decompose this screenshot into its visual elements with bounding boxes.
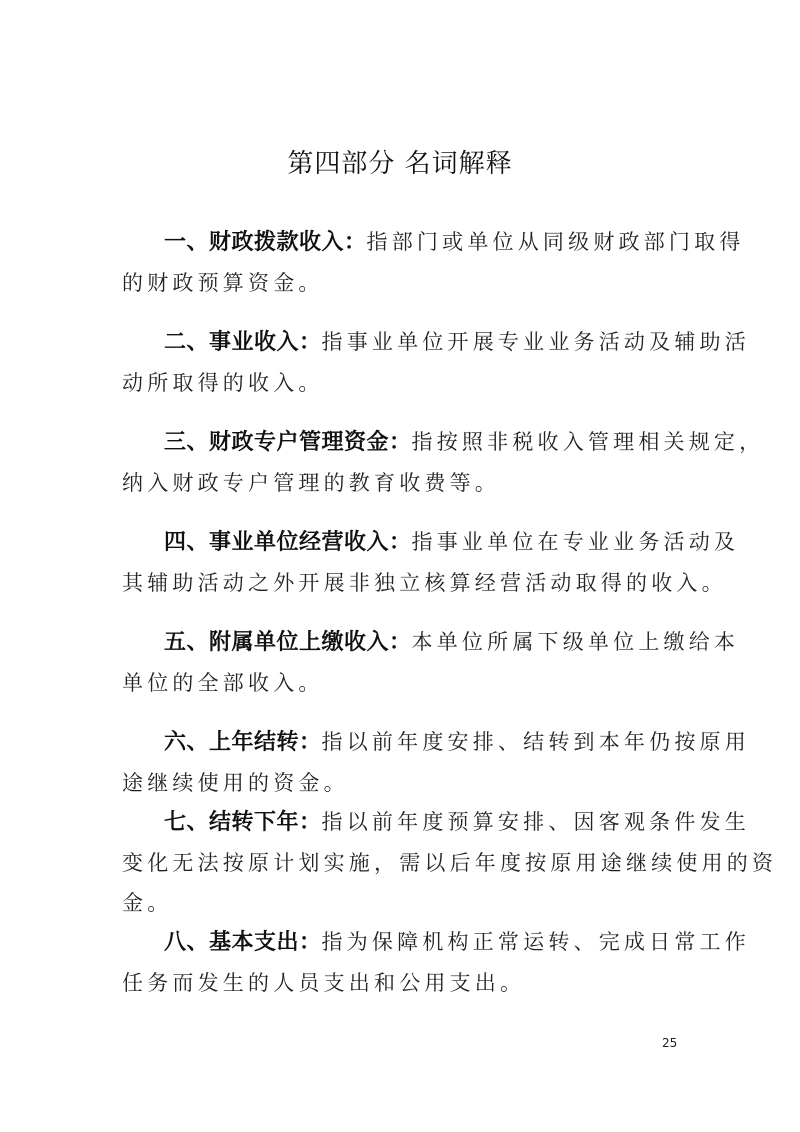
definition-text: 任务而发生的人员支出和公用支出。 xyxy=(122,963,682,1003)
term: 六、上年结转： xyxy=(164,730,322,755)
definition-text: 指事业单位开展专业业务活动及辅助活 xyxy=(322,330,750,354)
term: 二、事业收入： xyxy=(164,330,322,355)
definition-text: 指事业单位在专业业务活动及 xyxy=(412,530,740,554)
term: 三、财政专户管理资金： xyxy=(164,430,412,455)
definition-text: 指以前年度安排、结转到本年仍按原用 xyxy=(322,730,750,754)
definition-text: 途继续使用的资金。 xyxy=(122,763,682,803)
definition-text: 其辅助活动之外开展非独立核算经营活动取得的收入。 xyxy=(122,563,682,603)
definition-prior-year-carryover: 六、上年结转：指以前年度安排、结转到本年仍按原用 途继续使用的资金。 xyxy=(122,722,682,803)
definition-text: 指按照非税收入管理相关规定， xyxy=(412,430,765,454)
definition-basic-expenditure: 八、基本支出：指为保障机构正常运转、完成日常工作 任务而发生的人员支出和公用支出… xyxy=(122,922,682,1003)
definition-operating-income: 四、事业单位经营收入：指事业单位在专业业务活动及 其辅助活动之外开展非独立核算经… xyxy=(122,522,682,603)
term: 五、附属单位上缴收入： xyxy=(164,630,412,655)
definition-text: 动所取得的收入。 xyxy=(122,363,682,403)
definition-text: 指部门或单位从同级财政部门取得 xyxy=(367,230,745,254)
page-title: 第四部分 名词解释 xyxy=(0,143,800,180)
definition-business-income: 二、事业收入：指事业单位开展专业业务活动及辅助活 动所取得的收入。 xyxy=(122,322,682,403)
definition-special-account-funds: 三、财政专户管理资金：指按照非税收入管理相关规定， 纳入财政专户管理的教育收费等… xyxy=(122,422,682,503)
definition-text: 的财政预算资金。 xyxy=(122,263,682,303)
term: 一、财政拨款收入： xyxy=(164,230,367,255)
definition-carryover-next-year: 七、结转下年：指以前年度预算安排、因客观条件发生 变化无法按原计划实施，需以后年… xyxy=(122,802,682,923)
definition-text: 变化无法按原计划实施，需以后年度按原用途继续使用的资 xyxy=(122,843,682,883)
definition-financial-appropriation-income: 一、财政拨款收入：指部门或单位从同级财政部门取得 的财政预算资金。 xyxy=(122,222,682,303)
term: 八、基本支出： xyxy=(164,930,322,955)
page-number: 25 xyxy=(662,1036,677,1050)
term: 四、事业单位经营收入： xyxy=(164,530,412,555)
definition-text: 纳入财政专户管理的教育收费等。 xyxy=(122,463,682,503)
definition-subsidiary-remittance-income: 五、附属单位上缴收入：本单位所属下级单位上缴给本 单位的全部收入。 xyxy=(122,622,682,703)
definition-text: 指为保障机构正常运转、完成日常工作 xyxy=(322,930,750,954)
definition-text: 金。 xyxy=(122,883,682,923)
term: 七、结转下年： xyxy=(164,810,322,835)
definition-text: 本单位所属下级单位上缴给本 xyxy=(412,630,740,654)
definition-text: 单位的全部收入。 xyxy=(122,663,682,703)
definition-text: 指以前年度预算安排、因客观条件发生 xyxy=(322,810,750,834)
